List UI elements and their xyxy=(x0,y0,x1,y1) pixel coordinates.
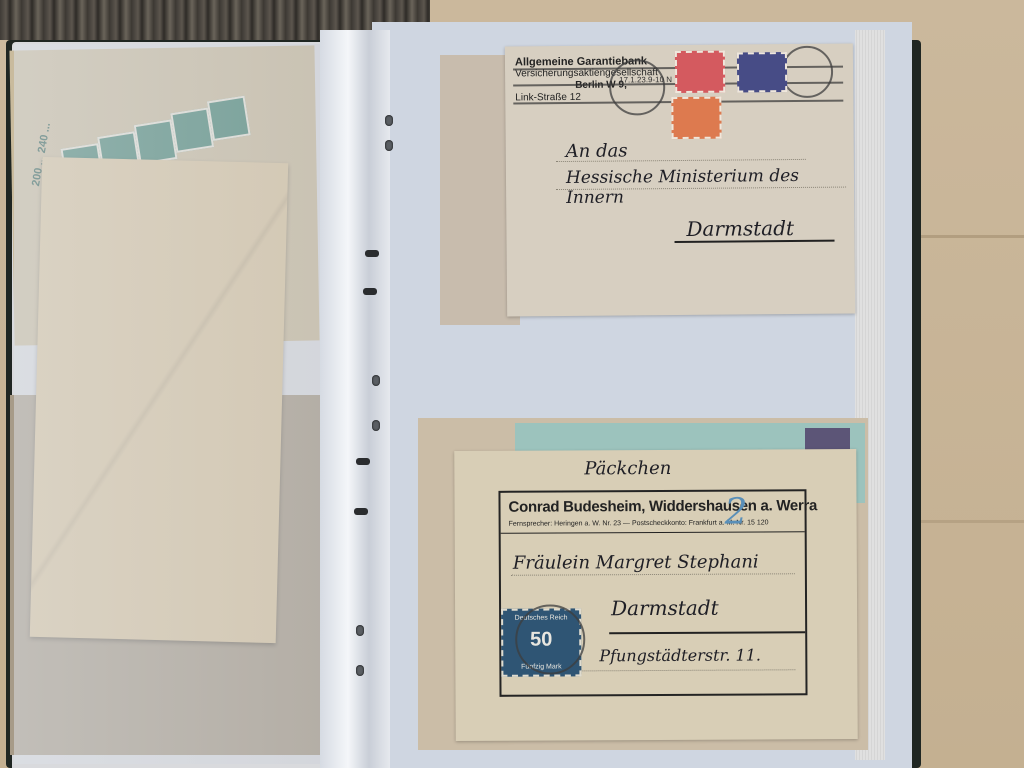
binder-ring xyxy=(356,458,370,465)
address-city: Darmstadt xyxy=(686,216,794,241)
header-rule xyxy=(501,531,805,534)
city-underline xyxy=(675,240,835,243)
handwritten-note: Päckchen xyxy=(584,458,671,479)
red-posthorn-stamp xyxy=(675,51,725,93)
address-city: Darmstadt xyxy=(611,596,719,621)
orange-posthorn-stamp xyxy=(671,97,721,139)
blue-pencil-mark: 2 xyxy=(724,492,747,533)
binder-ring xyxy=(365,250,379,257)
punch-hole xyxy=(372,375,380,386)
violet-posthorn-stamp xyxy=(737,52,787,92)
address-line xyxy=(511,573,795,575)
punch-hole xyxy=(385,140,393,151)
address-line-1: Fräulein Margret Stephani xyxy=(513,551,759,573)
postmark xyxy=(781,46,833,98)
punch-hole xyxy=(356,665,364,676)
postmark-date: 17.1.23.9-10 N xyxy=(619,75,672,84)
punch-hole xyxy=(356,625,364,636)
plastic-sleeve-left xyxy=(14,44,359,764)
cover-budesheim: Päckchen Conrad Budesheim, Widdershausen… xyxy=(454,449,858,741)
postmark xyxy=(515,604,585,674)
sleeve-binding-strip xyxy=(320,30,390,768)
binder-ring xyxy=(363,288,377,295)
address-line-2: Hessische Ministerium des Innern xyxy=(566,165,854,208)
cover-garantiebank: Allgemeine Garantiebank Versicherungsakt… xyxy=(505,43,855,316)
binder-ring xyxy=(354,508,368,515)
postmark xyxy=(609,59,665,115)
punch-hole xyxy=(372,420,380,431)
company-name: Conrad Budesheim, Widdershausen a. Werra xyxy=(508,497,817,516)
address-street: Pfungstädterstr. 11. xyxy=(599,645,761,665)
address-line-1: An das xyxy=(566,140,628,162)
city-underline xyxy=(609,631,805,634)
punch-hole xyxy=(385,115,393,126)
